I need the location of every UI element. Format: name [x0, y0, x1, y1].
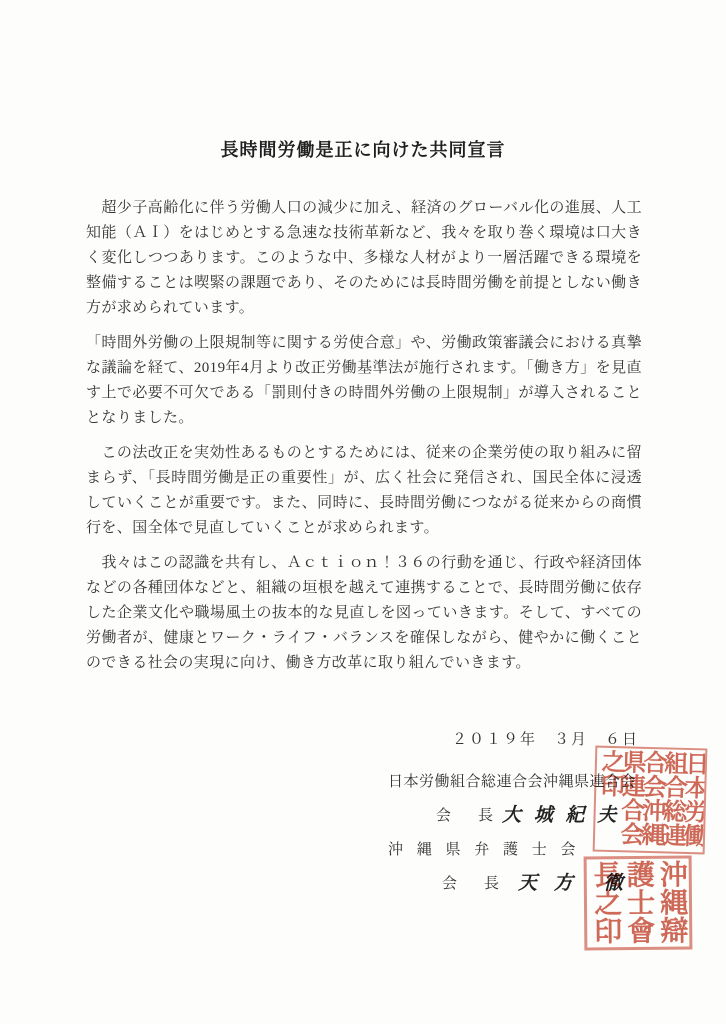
- document-title: 長時間労働是正に向けた共同宣言: [0, 136, 726, 162]
- red-stamp-rengo-okinawa-seal-icon: 日本労働組合総連合会沖縄県連合会之印: [593, 746, 708, 855]
- scanned-document-page: 長時間労働是正に向けた共同宣言 超少子高齢化に伴う労働人口の減少に加え、経済のグ…: [0, 0, 726, 1024]
- signature-role-rengo: 会 長: [436, 804, 499, 825]
- signature-organization-bar-association: 沖 縄 県 弁 護 士 会: [388, 838, 581, 859]
- paragraph-4: 我々はこの認識を共有し、Ａｃｔｉｏｎ！３６の行動を通じ、行政や経済団体などの各種…: [86, 551, 642, 676]
- paragraph-2: 「時間外労働の上限規制等に関する労使合意」や、労働政策審議会における真摯な議論を…: [86, 331, 642, 431]
- signature-role-bar-association: 会 長: [442, 872, 505, 893]
- paragraph-1: 超少子高齢化に伴う労働人口の減少に加え、経済のグローバル化の進展、人工知能（ＡＩ…: [86, 196, 642, 321]
- paragraph-3: この法改正を実効性あるものとするためには、従来の企業労使の取り組みに留まらず、「…: [86, 441, 642, 541]
- document-body: 超少子高齢化に伴う労働人口の減少に加え、経済のグローバル化の進展、人工知能（ＡＩ…: [86, 196, 642, 686]
- red-stamp-okinawa-bar-president-seal-icon: 沖縄辯護士會長之印: [584, 856, 693, 951]
